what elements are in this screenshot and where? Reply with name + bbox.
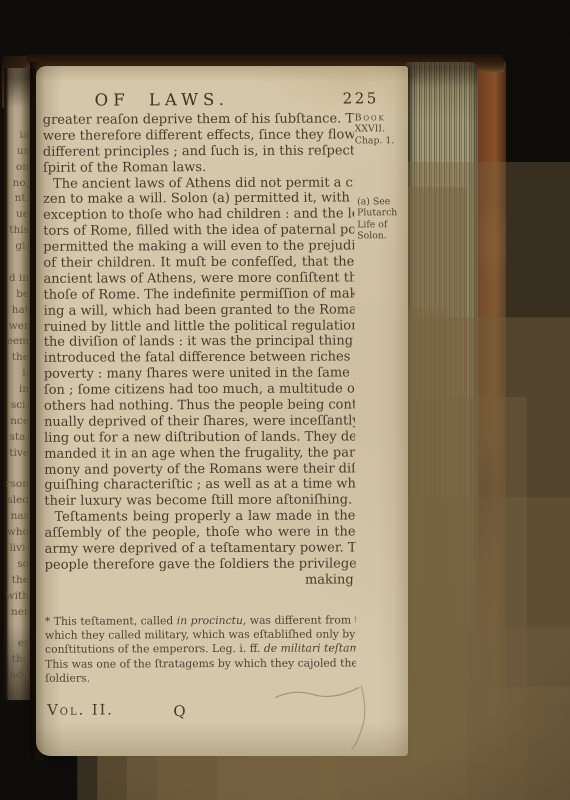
body-text-line: mony and poverty of the Romans were thei… — [44, 461, 355, 478]
body-text-line: permitted the making a will even to the … — [43, 239, 354, 256]
body-text-line: different principles ; and ſuch is, in t… — [43, 143, 354, 160]
edge-fragment: gi- — [4, 239, 29, 255]
page-title: OF LAWS. — [95, 90, 229, 110]
body-text-line: their luxury was become ſtill more aſton… — [44, 493, 355, 510]
edge-fragment: sled — [4, 493, 29, 509]
edge-fragment: er — [4, 636, 29, 652]
edge-fragment: the — [4, 573, 29, 589]
edge-fragment: d in — [4, 271, 29, 287]
edge-fragment: the — [4, 652, 29, 668]
body-text-line: people therefore gave the ſoldiers the p… — [45, 556, 356, 573]
body-text-line: zen to make a will. Solon (a) permitted … — [43, 191, 354, 208]
margin-note-line: Chap. 1. — [355, 135, 407, 147]
body-text-line: ancient laws of Athens, were more conſiſ… — [43, 270, 354, 287]
body-text-line: tors of Rome, filled with the idea of pa… — [43, 223, 354, 240]
edge-fragment — [4, 112, 29, 128]
body-text-line: greater reaſon deprive them of his ſubſt… — [43, 111, 354, 128]
body-text-line: army were deprived of a teſtamentary pow… — [45, 540, 356, 557]
edge-fragment: this — [4, 223, 29, 239]
margin-note-line: Plutarch — [357, 208, 409, 220]
body-text-line: introduced the fatal difference between … — [44, 350, 355, 367]
volume-label: Vol. II. — [47, 703, 114, 719]
facing-page-text-fragments: iausonno,nt.uethisgi-d inbehatwereemthei… — [4, 112, 29, 684]
running-header: OF LAWS. 225 — [43, 89, 353, 110]
body-text-line: exception to thoſe who had children : an… — [43, 207, 354, 224]
edge-fragment: hat — [4, 303, 29, 319]
margin-note-line: Book — [355, 112, 407, 124]
edge-fragment: sta- — [4, 430, 29, 446]
edge-fragment: on — [4, 160, 29, 176]
body-text-line: ſpirit of the Roman laws. — [43, 159, 354, 176]
edge-fragment: wer — [4, 319, 29, 335]
body-text-line: The ancient laws of Athens did not permi… — [43, 175, 354, 192]
fore-edge-page-stack — [404, 62, 478, 762]
body-text-line: nually deprived of their ſhares, were in… — [44, 413, 355, 430]
edge-fragment: livi- — [4, 541, 29, 557]
body-text-line: the diviſion of lands : it was the princ… — [44, 334, 355, 351]
edge-fragment: with — [4, 589, 29, 605]
signature-mark: Q — [173, 702, 185, 720]
body-text-column: greater reaſon deprive them of his ſubſt… — [43, 111, 357, 723]
edge-fragment: be — [4, 287, 29, 303]
edge-fragment — [4, 621, 29, 637]
margin-note-line: Life of — [357, 219, 409, 231]
edge-fragment: no, — [4, 176, 29, 192]
edge-fragment: us — [4, 144, 29, 160]
edge-fragment: sci- — [4, 398, 29, 414]
body-text-line: ling out for a new diſtribution of lands… — [44, 429, 355, 446]
edge-fragment: in — [4, 382, 29, 398]
footnote-line: conſtitutions of the emperors. Leg. i. f… — [45, 642, 356, 658]
edge-fragment: ue — [4, 207, 29, 223]
edge-fragment: ade — [4, 668, 29, 684]
margin-note-plutarch-solon: (a) SeePlutarchLife ofSolon. — [357, 196, 409, 242]
edge-fragment: rson — [4, 477, 29, 493]
edge-fragment — [4, 255, 29, 271]
body-text-line: of their children. It muſt be confeſſed,… — [43, 254, 354, 271]
book-page: OF LAWS. 225 BookXXVII.Chap. 1. (a) SeeP… — [36, 66, 408, 756]
edge-fragment: eem — [4, 334, 29, 350]
body-text-line: ing a will, which had been granted to th… — [44, 302, 355, 319]
body-text-line: Teſtaments being properly a law made in … — [44, 509, 355, 526]
body-text-line: ruined by little and little the politica… — [44, 318, 355, 335]
edge-fragment: the — [4, 350, 29, 366]
margin-note-book-chapter: BookXXVII.Chap. 1. — [355, 112, 407, 146]
body-text-line: guiſhing characteriſtic ; as well as at … — [44, 477, 355, 494]
body-text-line: were therefore different effects, ſince … — [43, 127, 354, 144]
page-content: OF LAWS. 225 BookXXVII.Chap. 1. (a) SeeP… — [34, 65, 409, 757]
edge-fragment: who — [4, 525, 29, 541]
body-text-line: thoſe of Rome. The indefinite permiſſion… — [43, 286, 354, 303]
margin-note-line: (a) See — [357, 196, 409, 208]
margin-note-line: Solon. — [357, 230, 409, 242]
body-text-line: poverty : many ſhares were united in the… — [44, 366, 355, 383]
footnote-line: which they called military, which was eſ… — [45, 628, 356, 644]
edge-fragment: ner — [4, 605, 29, 621]
page-number: 225 — [343, 89, 379, 107]
body-text-line: others had nothing. Thus the people bein… — [44, 397, 355, 414]
catchword: making — [45, 572, 356, 589]
edge-fragment: ia — [4, 128, 29, 144]
edge-fragment: i. — [4, 366, 29, 382]
body-paragraphs: greater reaſon deprive them of his ſubſt… — [43, 111, 356, 573]
edge-fragment — [4, 462, 29, 478]
margin-note-line: XXVII. — [355, 124, 407, 136]
footnote-line: This was one of the ſtratagems by which … — [45, 656, 356, 672]
body-text-line: manded it in an age when the frugality, … — [44, 445, 355, 462]
edge-fragment: so — [4, 557, 29, 573]
body-text-line: ſon ; ſome citizens had too much, a mult… — [44, 382, 355, 399]
edge-fragment: nce — [4, 414, 29, 430]
pencil-scratch-mark — [269, 671, 389, 762]
edge-fragment: nas — [4, 509, 29, 525]
edge-fragment: tive — [4, 446, 29, 462]
footnote-line: * This teſtament, called in procinctu, w… — [45, 613, 356, 629]
body-text-line: aſſembly of the people, thoſe who were i… — [44, 525, 355, 542]
edge-fragment: nt. — [4, 191, 29, 207]
